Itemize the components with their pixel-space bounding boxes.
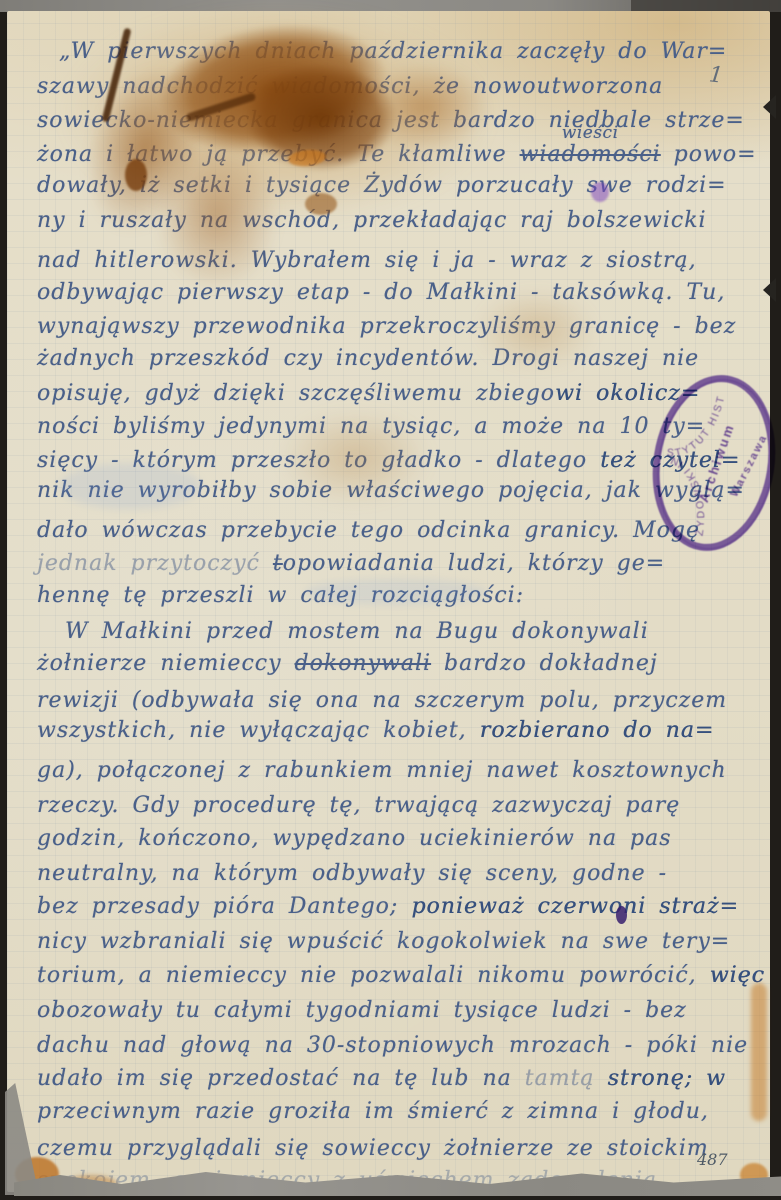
manuscript-line: hennę tę przeszli w całej rozciągłości: [37,583,524,609]
manuscript-line: sięcy - którym przeszło to gładko - dlat… [37,448,740,474]
manuscript-line: torium, a niemieccy nie pozwalali nikomu… [37,963,765,989]
manuscript-segment: ności byliśmy jedynymi na tysiąc, a może… [37,414,705,439]
manuscript-line: godzin, kończono, wypędzano uciekinierów… [37,826,672,852]
archive-stamp-graphic: ŻYDOWSKI INSTYTUT HISTORYCZNY Archiwum W… [639,363,781,563]
manuscript-line: żona i łatwo ją przebyć. Te kłamliwe wia… [37,142,757,168]
manuscript-segment: torium, a niemieccy nie pozwalali nikomu… [37,963,710,988]
manuscript-line: „W pierwszych dniach października zaczęł… [59,39,727,65]
manuscript-line: bez przesady pióra Dantego; ponieważ cze… [37,894,739,920]
manuscript-line: żołnierze niemieccy dokonywali bardzo do… [37,651,658,677]
manuscript-segment: żołnierze niemieccy [37,651,295,676]
manuscript-segment: szawy nadchodzić wiadomości, że nowoutwo… [37,74,663,99]
manuscript-line: jednak przytoczyć topowiadania ludzi, kt… [37,551,665,577]
manuscript-line: dowały, iż setki i tysiące Żydów porzuca… [37,173,727,199]
manuscript-line: dało wówczas przebycie tego odcinka gran… [37,518,700,544]
manuscript-segment: dachu nad głową na 30-stopniowych mrozac… [37,1033,748,1058]
manuscript-line: obozowały tu całymi tygodniami tysiące l… [37,998,687,1024]
manuscript-segment: dokonywali [295,651,432,676]
manuscript-segment: przeciwnym razie groziła im śmierć z zim… [37,1099,709,1124]
manuscript-segment: bardzo dokładnej [431,651,658,676]
manuscript-line: opisuję, gdyż dzięki szczęśliwemu zbiego… [37,381,700,407]
manuscript-segment: „W pierwszych dniach października zaczęł… [59,39,727,64]
manuscript-segment: nad hitlerowski. Wybrałem się i ja - wra… [37,248,697,273]
manuscript-line: dachu nad głową na 30-stopniowych mrozac… [37,1033,748,1059]
manuscript-line: udało im się przedostać na tę lub na tam… [37,1066,726,1092]
manuscript-segment: ny i ruszały na wschód, przekładając raj… [37,208,707,233]
manuscript-segment: żona i łatwo ją przebyć. Te kłamliwe [37,142,520,167]
manuscript-line: czemu przyglądali się sowieccy żołnierze… [37,1136,709,1162]
manuscript-segment: czemu przyglądali się sowieccy żołnierze… [37,1136,709,1161]
manuscript-segment: sięcy - którym przeszło to gładko - dlat… [37,448,600,473]
manuscript-segment: rzeczy. Gdy procedurę tę, trwającą zazwy… [37,793,680,818]
manuscript-segment: wiadomościwieści [520,142,661,167]
manuscript-line: ny i ruszały na wschód, przekładając raj… [37,208,707,234]
manuscript-segment: rozbierano do na= [480,718,715,743]
manuscript-segment: obozowały tu całymi tygodniami tysiące l… [37,998,687,1023]
manuscript-segment: udało im się przedostać na tę lub na [37,1066,525,1091]
manuscript-segment: wynająwszy przewodnika przekroczyliśmy g… [37,314,736,339]
manuscript-line: szawy nadchodzić wiadomości, że nowoutwo… [37,74,663,100]
manuscript-line: neutralny, na którym odbywały się sceny,… [37,861,667,887]
manuscript-segment: żadnych przeszkód czy incydentów. Drogi … [37,346,699,371]
manuscript-line: rzeczy. Gdy procedurę tę, trwającą zazwy… [37,793,680,819]
manuscript-segment: więc [710,963,765,988]
manuscript-line: rewizji (odbywała się ona na szczerym po… [37,688,727,714]
manuscript-line: odbywając pierwszy etap - do Małkini - t… [37,280,725,306]
manuscript-segment: dało wówczas przebycie tego odcinka gran… [37,518,700,543]
manuscript-segment: jednak przytoczyć [37,551,273,576]
manuscript-line: ności byliśmy jedynymi na tysiąc, a może… [37,414,705,440]
manuscript-line: ga), połączonej z rabunkiem mniej nawet … [37,758,727,784]
manuscript-segment: godzin, kończono, wypędzano uciekinierów… [37,826,672,851]
page-number: 1 [708,62,725,88]
manuscript-segment: dowały, iż setki i tysiące Żydów porzuca… [37,173,727,198]
manuscript-line: W Małkini przed mostem na Bugu dokonywal… [65,619,649,645]
manuscript-segment: ponieważ czerwoni straż= [411,894,739,919]
manuscript-text: „W pierwszych dniach października zaczęł… [7,11,770,1192]
inserted-correction-word: wieści [562,125,619,142]
manuscript-segment: neutralny, na którym odbywały się sceny,… [37,861,667,886]
manuscript-line: nad hitlerowski. Wybrałem się i ja - wra… [37,248,697,274]
manuscript-line: żadnych przeszkód czy incydentów. Drogi … [37,346,699,372]
manuscript-line: sowiecko-niemiecka granica jest bardzo n… [37,108,745,134]
scanned-manuscript-page: „W pierwszych dniach października zaczęł… [0,0,781,1200]
manuscript-line: wszystkich, nie wyłączając kobiet, rozbi… [37,718,714,744]
manuscript-segment: tamtą [525,1066,595,1091]
manuscript-segment: sowiecko-niemiecka granica jest bardzo n… [37,108,745,133]
manuscript-segment: odbywając pierwszy etap - do Małkini - t… [37,280,725,305]
manuscript-segment: wszystkich, nie wyłączając kobiet, [37,718,480,743]
manuscript-segment: stronę; w [595,1066,726,1091]
manuscript-segment: opisuję, gdyż dzięki szczęśliwemu zbiego [37,381,555,406]
manuscript-segment: opowiadania ludzi, którzy ge= [283,551,665,576]
manuscript-segment: nicy wzbraniali się wpuścić kogokolwiek … [37,929,730,954]
manuscript-segment: bez przesady pióra Dantego; [37,894,411,919]
manuscript-line: nicy wzbraniali się wpuścić kogokolwiek … [37,929,730,955]
manuscript-segment: ga), połączonej z rabunkiem mniej nawet … [37,758,727,783]
manuscript-segment: W Małkini przed mostem na Bugu dokonywal… [65,619,649,644]
manuscript-segment: t [273,551,283,576]
manuscript-line: wynająwszy przewodnika przekroczyliśmy g… [37,314,736,340]
manuscript-segment: powo= [661,142,757,167]
archive-stamp: ŻYDOWSKI INSTYTUT HISTORYCZNY Archiwum W… [639,363,781,563]
archive-folio-number: 487 [697,1150,728,1169]
manuscript-paper: „W pierwszych dniach października zaczęł… [7,11,770,1192]
manuscript-segment: rewizji (odbywała się ona na szczerym po… [37,688,727,713]
manuscript-line: przeciwnym razie groziła im śmierć z zim… [37,1099,709,1125]
manuscript-segment: hennę tę przeszli w całej rozciągłości: [37,583,524,608]
